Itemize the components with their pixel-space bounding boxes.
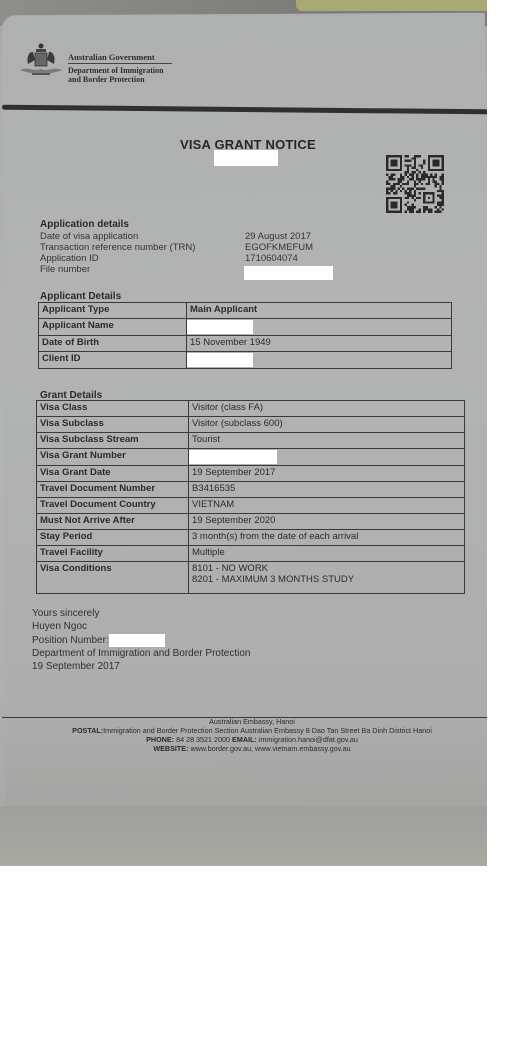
application-detail-value: EGOFKMEFUM — [245, 242, 313, 253]
row-value — [187, 319, 452, 336]
table-row: Applicant Name — [39, 319, 452, 336]
footer: Australian Embassy, Hanoi POSTAL:Immigra… — [22, 717, 482, 753]
grant-details-table: Visa ClassVisitor (class FA)Visa Subclas… — [36, 400, 465, 594]
redacted-value — [187, 320, 253, 334]
row-label: Travel Facility — [37, 546, 189, 562]
table-row: Visa Grant Date19 September 2017 — [37, 466, 465, 482]
table-row: Visa ClassVisitor (class FA) — [37, 401, 465, 417]
application-detail-label: Date of visa application — [40, 231, 138, 242]
table-row: Travel FacilityMultiple — [37, 546, 465, 562]
row-label: Applicant Name — [39, 319, 187, 336]
signature-block: Yours sincerely Huyen Ngoc Position Numb… — [32, 607, 250, 673]
application-detail-label: Transaction reference number (TRN) — [40, 242, 195, 253]
row-value: 3 month(s) from the date of each arrival — [189, 530, 465, 546]
row-value: 19 September 2017 — [189, 466, 465, 482]
row-value — [189, 449, 465, 466]
table-row: Visa Conditions8101 - NO WORK8201 - MAXI… — [37, 562, 465, 594]
table-row: Travel Document NumberB3416535 — [37, 482, 465, 498]
applicant-details-heading: Applicant Details — [40, 291, 121, 302]
footer-postal: POSTAL:Immigration and Border Protection… — [22, 726, 482, 735]
department-name: Department of Immigration and Border Pro… — [68, 66, 164, 84]
table-row: Must Not Arrive After19 September 2020 — [37, 514, 465, 530]
document-photo: Australian Government Department of Immi… — [0, 0, 487, 866]
row-label: Visa Grant Date — [37, 466, 189, 482]
desk-surface — [0, 806, 487, 866]
row-value: Multiple — [189, 546, 465, 562]
row-value: B3416535 — [189, 482, 465, 498]
row-value: Main Applicant — [187, 303, 452, 319]
row-value: 8101 - NO WORK8201 - MAXIMUM 3 MONTHS ST… — [189, 562, 465, 594]
table-row: Stay Period3 month(s) from the date of e… — [37, 530, 465, 546]
row-label: Visa Grant Number — [37, 449, 189, 466]
row-label: Visa Conditions — [37, 562, 189, 594]
redacted-reference — [214, 150, 278, 166]
footer-website: WEBSITE: www.border.gov.au, www.vietnam.… — [22, 744, 482, 753]
row-label: Stay Period — [37, 530, 189, 546]
row-label: Travel Document Number — [37, 482, 189, 498]
application-detail-label: Application ID — [40, 253, 99, 264]
row-label: Client ID — [39, 352, 187, 369]
footer-office: Australian Embassy, Hanoi — [22, 717, 482, 726]
footer-contact: PHONE: 84 28 3521 2000 EMAIL: immigratio… — [22, 735, 482, 744]
footer-email: immigration.hanoi@dfat.gov.au — [259, 735, 358, 744]
row-label: Visa Subclass — [37, 417, 189, 433]
row-value: Visitor (subclass 600) — [189, 417, 465, 433]
row-label: Visa Class — [37, 401, 189, 417]
application-detail-label: File number — [40, 264, 90, 275]
row-label: Must Not Arrive After — [37, 514, 189, 530]
position-number: Position Number: — [32, 634, 250, 647]
applicant-details-table: Applicant TypeMain ApplicantApplicant Na… — [38, 302, 452, 369]
qr-code-icon — [385, 155, 445, 213]
signatory-name: Huyen Ngoc — [32, 620, 250, 633]
row-value: 15 November 1949 — [187, 336, 452, 352]
row-label: Date of Birth — [39, 336, 187, 352]
redacted-position-number — [109, 634, 165, 647]
application-detail-value: 29 August 2017 — [245, 231, 311, 242]
letterhead-divider — [68, 63, 172, 64]
sticky-note — [296, 0, 487, 11]
table-row: Visa Subclass StreamTourist — [37, 433, 465, 449]
signature-date: 19 September 2017 — [32, 660, 250, 673]
row-value: 19 September 2020 — [189, 514, 465, 530]
row-value: VIETNAM — [189, 498, 465, 514]
table-row: Travel Document CountryVIETNAM — [37, 498, 465, 514]
table-row: Visa Grant Number — [37, 449, 465, 466]
row-label: Visa Subclass Stream — [37, 433, 189, 449]
table-row: Visa SubclassVisitor (subclass 600) — [37, 417, 465, 433]
redacted-value — [244, 266, 333, 280]
government-name: Australian Government — [68, 52, 155, 62]
closing: Yours sincerely — [32, 607, 250, 620]
application-details-heading: Application details — [40, 219, 129, 230]
coat-of-arms-icon — [18, 42, 64, 78]
redacted-value — [187, 353, 253, 367]
signatory-department: Department of Immigration and Border Pro… — [32, 647, 250, 660]
table-row: Date of Birth15 November 1949 — [39, 336, 452, 352]
row-value: Tourist — [189, 433, 465, 449]
redacted-value — [189, 450, 277, 464]
row-label: Applicant Type — [39, 303, 187, 319]
table-row: Client ID — [39, 352, 452, 369]
row-label: Travel Document Country — [37, 498, 189, 514]
table-row: Applicant TypeMain Applicant — [39, 303, 452, 319]
application-detail-value: 1710604074 — [245, 253, 298, 264]
row-value — [187, 352, 452, 369]
row-value: Visitor (class FA) — [189, 401, 465, 417]
